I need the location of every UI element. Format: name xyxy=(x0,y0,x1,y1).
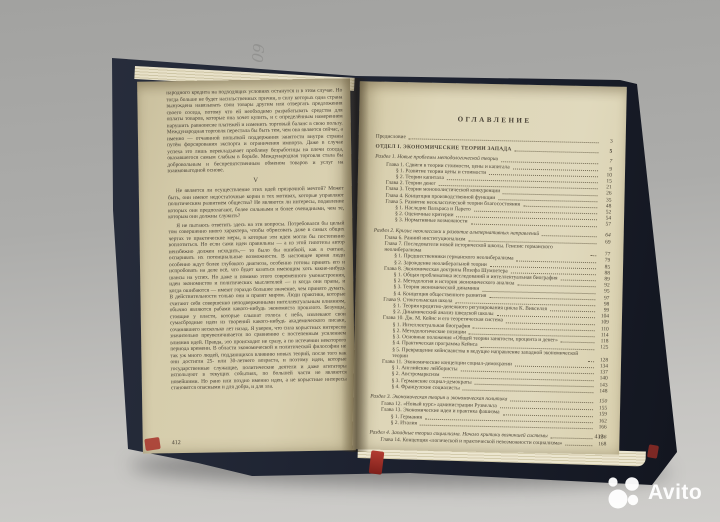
toc-dot-leader xyxy=(565,445,592,447)
toc-entry-page: 5 xyxy=(601,149,612,155)
book-gutter-shadow xyxy=(341,78,369,452)
red-ribbon-bookmark xyxy=(369,450,385,474)
toc-entry-page: 148 xyxy=(596,388,607,394)
toc-entry-page: 57 xyxy=(600,222,611,228)
toc-entry-label: § 2. Италия xyxy=(391,420,417,427)
toc-dot-leader xyxy=(471,223,597,227)
toc-dot-leader xyxy=(551,437,593,439)
section-numeral: V xyxy=(168,176,344,185)
toc-list: Предисловие3ОТДЕЛ I. ЭКОНОМИЧЕСКИЕ ТЕОРИ… xyxy=(369,134,612,448)
toc-entry-page: 166 xyxy=(596,424,607,430)
right-page-number: 413 xyxy=(594,434,603,440)
right-page: ОГЛАВЛЕНИЕ Предисловие3ОТДЕЛ I. ЭКОНОМИЧ… xyxy=(352,81,627,455)
toc-entry-page: 69 xyxy=(599,239,610,245)
toc-entry-label: ОТДЕЛ I. ЭКОНОМИЧЕСКИЕ ТЕОРИИ ЗАПАДА xyxy=(375,144,511,153)
paragraph: народного кредита на подходящих условиях… xyxy=(166,87,343,174)
toc-entry-page: 3 xyxy=(602,138,613,144)
toc-dot-leader xyxy=(409,138,599,143)
left-page-text: народного кредита на подходящих условиях… xyxy=(166,87,347,391)
left-page: народного кредита на подходящих условиях… xyxy=(137,78,356,453)
toc-entry-page: 168 xyxy=(595,441,606,447)
toc-title: ОГЛАВЛЕНИЕ xyxy=(376,114,613,127)
toc-dot-leader xyxy=(420,425,593,430)
photo-scene: 60 народного кредита на подходящих услов… xyxy=(0,0,720,522)
toc-entry-page: 7 xyxy=(601,159,612,165)
paragraph: Я не пытаюсь ответить здесь на эти вопро… xyxy=(168,220,347,392)
avito-watermark-text: Avito xyxy=(648,481,702,505)
toc-dot-leader xyxy=(542,235,597,237)
toc-dot-leader xyxy=(515,151,599,154)
red-page-edge-left xyxy=(144,437,161,451)
toc-entry: ОТДЕЛ I. ЭКОНОМИЧЕСКИЕ ТЕОРИИ ЗАПАДА5 xyxy=(375,144,612,155)
toc-dot-leader xyxy=(590,256,596,257)
paragraph: Не является ли осуществление этих идей п… xyxy=(168,185,344,220)
toc-dot-leader xyxy=(463,389,594,393)
toc-entry: Предисловие3 xyxy=(376,134,613,145)
toc-entry-page: 125 xyxy=(597,345,608,351)
toc-dot-leader xyxy=(588,361,594,362)
avito-logo-icon xyxy=(604,473,644,513)
avito-watermark: Avito xyxy=(604,470,716,516)
toc-entry-label: § 4. Французские социалисты xyxy=(391,384,459,392)
toc-entry-label: Предисловие xyxy=(376,134,406,141)
pencil-mark: 60 xyxy=(248,43,268,64)
toc-entry-page: 64 xyxy=(600,232,611,238)
toc-entry-page: 150 xyxy=(596,398,607,404)
toc-entry-label: § 3. Нормативные возможности xyxy=(395,217,468,225)
left-page-number: 412 xyxy=(172,440,181,446)
